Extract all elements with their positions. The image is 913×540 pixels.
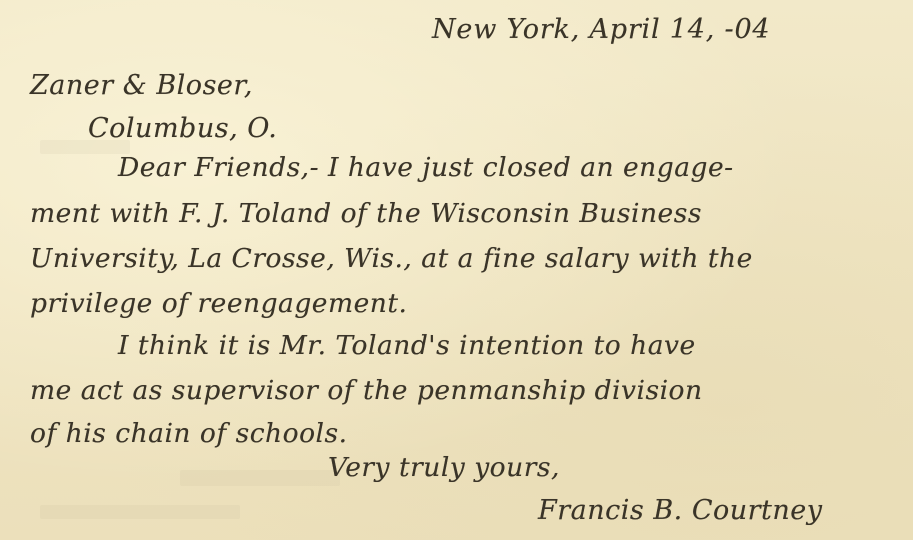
body-line-3: University, La Crosse, Wis., at a fine s… — [30, 243, 753, 274]
bleed-through-mark — [40, 505, 240, 519]
signature: Francis B. Courtney — [538, 495, 823, 526]
recipient-name: Zaner & Bloser, — [30, 70, 253, 101]
dateline: New York, April 14, -04 — [432, 14, 770, 45]
body-line-1: Dear Friends,- I have just closed an eng… — [118, 152, 734, 183]
recipient-city: Columbus, O. — [88, 113, 277, 144]
bleed-through-mark — [180, 470, 340, 486]
body-line-2: ment with F. J. Toland of the Wisconsin … — [30, 198, 702, 229]
body-line-5: I think it is Mr. Toland's intention to … — [118, 330, 696, 361]
closing: Very truly yours, — [328, 452, 560, 483]
letter-page: New York, April 14, -04 Zaner & Bloser, … — [0, 0, 913, 540]
body-line-6: me act as supervisor of the penmanship d… — [30, 375, 703, 406]
body-line-7: of his chain of schools. — [30, 418, 348, 449]
body-line-4: privilege of reengagement. — [30, 288, 407, 319]
